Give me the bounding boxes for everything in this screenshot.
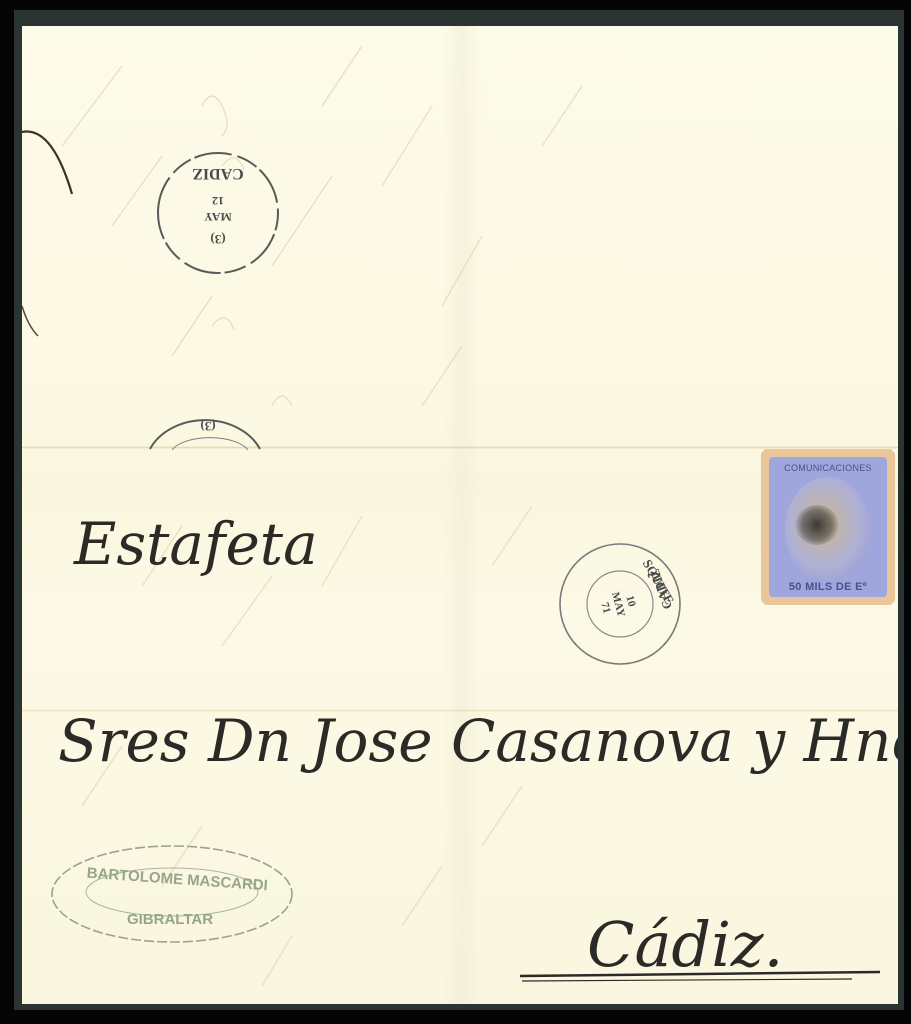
stamp-cancellation — [795, 505, 839, 545]
address-line-2: Sres Dn Jose Casanova y Hno — [58, 707, 898, 775]
stamp-design: COMUNICACIONES 50 MILS DE Eº — [769, 457, 887, 597]
stamp-top-label: COMUNICACIONES — [769, 463, 887, 473]
address-line-1: Estafeta — [73, 510, 318, 578]
postage-stamp: COMUNICACIONES 50 MILS DE Eº — [761, 449, 895, 605]
stamp-value: 50 MILS DE Eº — [769, 581, 887, 593]
address-line-3: Cádiz. — [587, 908, 783, 981]
